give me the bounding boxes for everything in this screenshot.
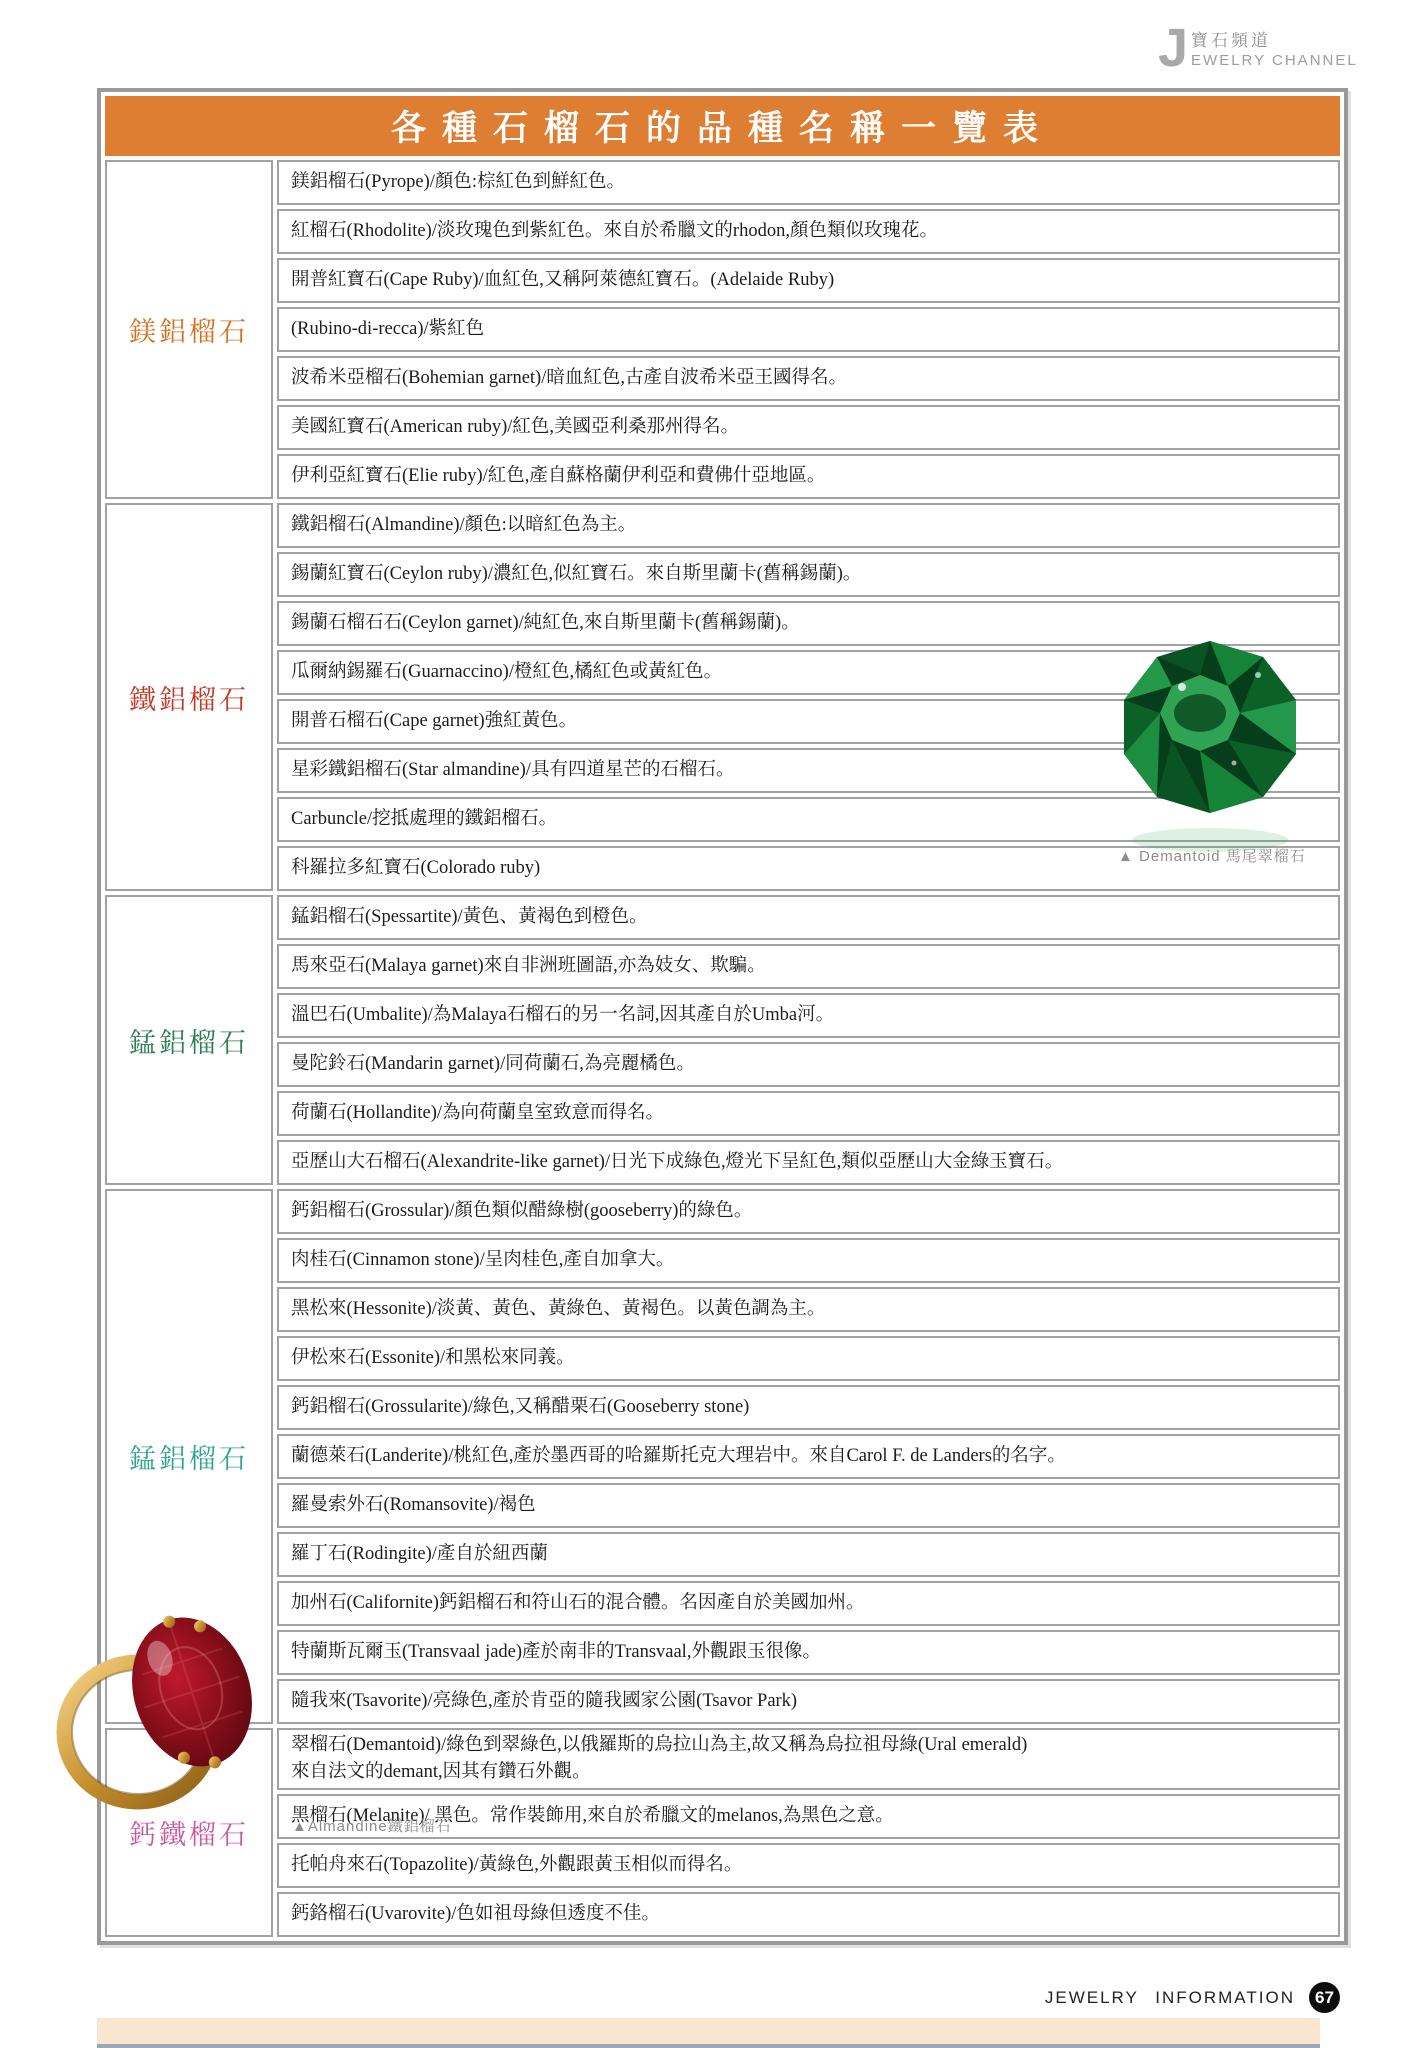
row-text: 錫蘭紅寶石(Ceylon ruby)/濃紅色,似紅寶石。來自斯里蘭卡(舊稱錫蘭)…	[291, 564, 861, 584]
row-cell: 鈣鉻榴石(Uvarovite)/色如祖母綠但透度不佳。	[277, 1892, 1340, 1937]
table-row: 溫巴石(Umbalite)/為Malaya石榴石的另一名詞,因其產自於Umba河…	[105, 993, 1340, 1038]
row-text: 蘭德萊石(Landerite)/桃紅色,產於墨西哥的哈羅斯托克大理岩中。來自Ca…	[291, 1446, 1066, 1466]
logo-english: EWELRY CHANNEL	[1191, 51, 1358, 70]
table-row: 鈣鉻榴石(Uvarovite)/色如祖母綠但透度不佳。	[105, 1892, 1340, 1937]
row-text: 波希米亞榴石(Bohemian garnet)/暗血紅色,古產自波希米亞王國得名…	[291, 368, 847, 388]
page-footer: JEWELRY INFORMATION 67	[0, 1982, 1340, 2013]
row-cell: 鐵鋁榴石(Almandine)/顏色:以暗紅色為主。	[277, 503, 1340, 548]
row-text: 開普紅寶石(Cape Ruby)/血紅色,又稱阿萊德紅寶石。(Adelaide …	[291, 270, 834, 290]
table-row: 隨我來(Tsavorite)/亮綠色,產於肯亞的隨我國家公園(Tsavor Pa…	[105, 1679, 1340, 1724]
row-text: 美國紅寶石(American ruby)/紅色,美國亞利桑那州得名。	[291, 417, 739, 437]
table-row: 蘭德萊石(Landerite)/桃紅色,產於墨西哥的哈羅斯托克大理岩中。來自Ca…	[105, 1434, 1340, 1479]
table-row: 羅曼索外石(Romansovite)/褐色	[105, 1483, 1340, 1528]
row-text: 托帕舟來石(Topazolite)/黃綠色,外觀跟黃玉相似而得名。	[291, 1855, 742, 1875]
logo-initial: J	[1158, 26, 1188, 70]
row-cell: 錫蘭紅寶石(Ceylon ruby)/濃紅色,似紅寶石。來自斯里蘭卡(舊稱錫蘭)…	[277, 552, 1340, 597]
row-text: (Rubino-di-recca)/紫紅色	[291, 319, 484, 339]
row-text: 星彩鐵鋁榴石(Star almandine)/具有四道星芒的石榴石。	[291, 760, 734, 780]
row-text: 特蘭斯瓦爾玉(Transvaal jade)產於南非的Transvaal,外觀跟…	[291, 1642, 821, 1662]
row-cell: 翠榴石(Demantoid)/綠色到翠綠色,以俄羅斯的烏拉山為主,故又稱為烏拉祖…	[277, 1728, 1340, 1790]
row-cell: 錳鋁榴石(Spessartite)/黃色、黃褐色到橙色。	[277, 895, 1340, 940]
row-cell: 黑松來(Hessonite)/淡黃、黃色、黃綠色、黃褐色。以黃色調為主。	[277, 1287, 1340, 1332]
category-label: 鎂鋁榴石	[129, 317, 249, 347]
row-cell: 肉桂石(Cinnamon stone)/呈肉桂色,產自加拿大。	[277, 1238, 1340, 1283]
demantoid-gem-illustration	[1088, 635, 1338, 865]
row-text: 科羅拉多紅寶石(Colorado ruby)	[291, 858, 540, 878]
table-row: 波希米亞榴石(Bohemian garnet)/暗血紅色,古產自波希米亞王國得名…	[105, 356, 1340, 401]
row-cell: 鎂鋁榴石(Pyrope)/顏色:棕紅色到鮮紅色。	[277, 160, 1340, 205]
row-cell: 特蘭斯瓦爾玉(Transvaal jade)產於南非的Transvaal,外觀跟…	[277, 1630, 1340, 1675]
table-title: 各種石榴石的品種名稱一覽表	[391, 109, 1054, 148]
row-text: 馬來亞石(Malaya garnet)來自非洲班圖語,亦為妓女、欺騙。	[291, 956, 766, 976]
table-row: 曼陀鈴石(Mandarin garnet)/同荷蘭石,為亮麗橘色。	[105, 1042, 1340, 1087]
row-text: 鎂鋁榴石(Pyrope)/顏色:棕紅色到鮮紅色。	[291, 172, 625, 192]
row-text: 伊利亞紅寶石(Elie ruby)/紅色,產自蘇格蘭伊利亞和費佛什亞地區。	[291, 466, 825, 486]
row-text: 開普石榴石(Cape garnet)強紅黃色。	[291, 711, 577, 731]
category-label: 錳鋁榴石	[129, 1444, 249, 1474]
bottom-peach-bar	[97, 2018, 1320, 2044]
row-cell: 馬來亞石(Malaya garnet)來自非洲班圖語,亦為妓女、欺騙。	[277, 944, 1340, 989]
row-text: 鈣鋁榴石(Grossularite)/綠色,又稱醋栗石(Gooseberry s…	[291, 1397, 749, 1417]
row-cell: 曼陀鈴石(Mandarin garnet)/同荷蘭石,為亮麗橘色。	[277, 1042, 1340, 1087]
table-row: 加州石(Californite)鈣鋁榴石和符山石的混合體。名因產自於美國加州。	[105, 1581, 1340, 1626]
table-row: (Rubino-di-recca)/紫紅色	[105, 307, 1340, 352]
row-text: 黑松來(Hessonite)/淡黃、黃色、黃綠色、黃褐色。以黃色調為主。	[291, 1299, 825, 1319]
row-cell: 鈣鋁榴石(Grossularite)/綠色,又稱醋栗石(Gooseberry s…	[277, 1385, 1340, 1430]
row-cell: 加州石(Californite)鈣鋁榴石和符山石的混合體。名因產自於美國加州。	[277, 1581, 1340, 1626]
row-cell: 隨我來(Tsavorite)/亮綠色,產於肯亞的隨我國家公園(Tsavor Pa…	[277, 1679, 1340, 1724]
row-cell: 托帕舟來石(Topazolite)/黃綠色,外觀跟黃玉相似而得名。	[277, 1843, 1340, 1888]
row-cell: 蘭德萊石(Landerite)/桃紅色,產於墨西哥的哈羅斯托克大理岩中。來自Ca…	[277, 1434, 1340, 1479]
row-text: 荷蘭石(Hollandite)/為向荷蘭皇室致意而得名。	[291, 1103, 664, 1123]
row-cell: 鈣鋁榴石(Grossular)/顏色類似醋綠樹(gooseberry)的綠色。	[277, 1189, 1340, 1234]
row-text: 加州石(Californite)鈣鋁榴石和符山石的混合體。名因產自於美國加州。	[291, 1593, 864, 1613]
demantoid-gem-photo	[1088, 635, 1338, 865]
row-text: 隨我來(Tsavorite)/亮綠色,產於肯亞的隨我國家公園(Tsavor Pa…	[291, 1691, 797, 1711]
row-text: 伊松來石(Essonite)/和黑松來同義。	[291, 1348, 575, 1368]
row-text: 鈣鋁榴石(Grossular)/顏色類似醋綠樹(gooseberry)的綠色。	[291, 1201, 752, 1221]
category-label: 錳鋁榴石	[129, 1028, 249, 1058]
row-text: Carbuncle/挖抵處理的鐵鋁榴石。	[291, 809, 557, 829]
table-row: 伊利亞紅寶石(Elie ruby)/紅色,產自蘇格蘭伊利亞和費佛什亞地區。	[105, 454, 1340, 499]
row-cell: 波希米亞榴石(Bohemian garnet)/暗血紅色,古產自波希米亞王國得名…	[277, 356, 1340, 401]
footer-label: JEWELRY INFORMATION	[1045, 1988, 1295, 2008]
row-text: 錳鋁榴石(Spessartite)/黃色、黃褐色到橙色。	[291, 907, 648, 927]
table-row: 鈣鐵榴石 翠榴石(Demantoid)/綠色到翠綠色,以俄羅斯的烏拉山為主,故又…	[105, 1728, 1340, 1790]
bottom-page-edge	[97, 2044, 1320, 2048]
row-text: 瓜爾納錫羅石(Guarnaccino)/橙紅色,橘紅色或黃紅色。	[291, 662, 722, 682]
row-text: 肉桂石(Cinnamon stone)/呈肉桂色,產自加拿大。	[291, 1250, 674, 1270]
row-cell: 開普紅寶石(Cape Ruby)/血紅色,又稱阿萊德紅寶石。(Adelaide …	[277, 258, 1340, 303]
row-cell: 亞歷山大石榴石(Alexandrite-like garnet)/日光下成綠色,…	[277, 1140, 1340, 1185]
row-cell: 美國紅寶石(American ruby)/紅色,美國亞利桑那州得名。	[277, 405, 1340, 450]
table-row: 美國紅寶石(American ruby)/紅色,美國亞利桑那州得名。	[105, 405, 1340, 450]
table-row: 鈣鋁榴石(Grossularite)/綠色,又稱醋栗石(Gooseberry s…	[105, 1385, 1340, 1430]
row-text: 翠榴石(Demantoid)/綠色到翠綠色,以俄羅斯的烏拉山為主,故又稱為烏拉祖…	[291, 1735, 1027, 1782]
almandine-caption: ▲Almandine鐵鋁榴石	[292, 1815, 452, 1836]
garnet-variety-table: 各種石榴石的品種名稱一覽表 鎂鋁榴石 鎂鋁榴石(Pyrope)/顏色:棕紅色到鮮…	[97, 88, 1348, 1945]
row-text: 錫蘭石榴石石(Ceylon garnet)/純紅色,來自斯里蘭卡(舊稱錫蘭)。	[291, 613, 800, 633]
row-cell: 羅丁石(Rodingite)/產自於紐西蘭	[277, 1532, 1340, 1577]
jewelry-channel-logo: J 寶石頻道 EWELRY CHANNEL	[1158, 26, 1358, 70]
table-row: 鐵鋁榴石 鐵鋁榴石(Almandine)/顏色:以暗紅色為主。	[105, 503, 1340, 548]
almandine-ring-illustration	[50, 1580, 275, 1830]
row-text: 溫巴石(Umbalite)/為Malaya石榴石的另一名詞,因其產自於Umba河…	[291, 1005, 834, 1025]
row-cell: 紅榴石(Rhodolite)/淡玫瑰色到紫紅色。來自於希臘文的rhodon,顏色…	[277, 209, 1340, 254]
table-row: 羅丁石(Rodingite)/產自於紐西蘭	[105, 1532, 1340, 1577]
row-cell: 荷蘭石(Hollandite)/為向荷蘭皇室致意而得名。	[277, 1091, 1340, 1136]
row-cell: (Rubino-di-recca)/紫紅色	[277, 307, 1340, 352]
row-text: 亞歷山大石榴石(Alexandrite-like garnet)/日光下成綠色,…	[291, 1152, 1063, 1172]
table-row: 紅榴石(Rhodolite)/淡玫瑰色到紫紅色。來自於希臘文的rhodon,顏色…	[105, 209, 1340, 254]
page-number-badge: 67	[1309, 1982, 1340, 2013]
table-row: 錫蘭紅寶石(Ceylon ruby)/濃紅色,似紅寶石。來自斯里蘭卡(舊稱錫蘭)…	[105, 552, 1340, 597]
category-label: 鐵鋁榴石	[129, 685, 249, 715]
table-row: 黑松來(Hessonite)/淡黃、黃色、黃綠色、黃褐色。以黃色調為主。	[105, 1287, 1340, 1332]
row-text: 紅榴石(Rhodolite)/淡玫瑰色到紫紅色。來自於希臘文的rhodon,顏色…	[291, 221, 938, 241]
table-row: 黑榴石(Melanite)/ 黑色。常作裝飾用,來自於希臘文的melanos,為…	[105, 1794, 1340, 1839]
category-cell-almandine: 鐵鋁榴石	[105, 503, 273, 891]
row-cell: 溫巴石(Umbalite)/為Malaya石榴石的另一名詞,因其產自於Umba河…	[277, 993, 1340, 1038]
category-cell-pyrope: 鎂鋁榴石	[105, 160, 273, 499]
row-cell: 伊松來石(Essonite)/和黑松來同義。	[277, 1336, 1340, 1381]
table-row: 荷蘭石(Hollandite)/為向荷蘭皇室致意而得名。	[105, 1091, 1340, 1136]
row-text: 鈣鉻榴石(Uvarovite)/色如祖母綠但透度不佳。	[291, 1904, 660, 1924]
row-cell: 伊利亞紅寶石(Elie ruby)/紅色,產自蘇格蘭伊利亞和費佛什亞地區。	[277, 454, 1340, 499]
table-row: 馬來亞石(Malaya garnet)來自非洲班圖語,亦為妓女、欺騙。	[105, 944, 1340, 989]
table-header: 各種石榴石的品種名稱一覽表	[105, 96, 1340, 156]
table-row: 錳鋁榴石 錳鋁榴石(Spessartite)/黃色、黃褐色到橙色。	[105, 895, 1340, 940]
table-row: 托帕舟來石(Topazolite)/黃綠色,外觀跟黃玉相似而得名。	[105, 1843, 1340, 1888]
row-text: 曼陀鈴石(Mandarin garnet)/同荷蘭石,為亮麗橘色。	[291, 1054, 695, 1074]
table-row: 特蘭斯瓦爾玉(Transvaal jade)產於南非的Transvaal,外觀跟…	[105, 1630, 1340, 1675]
almandine-ring-photo	[50, 1580, 275, 1830]
category-cell-spessartite: 錳鋁榴石	[105, 895, 273, 1185]
magazine-page: J 寶石頻道 EWELRY CHANNEL 各種石榴石的品種名稱一覽表 鎂鋁榴石…	[0, 0, 1401, 2048]
logo-text: 寶石頻道 EWELRY CHANNEL	[1191, 31, 1358, 70]
table: 各種石榴石的品種名稱一覽表 鎂鋁榴石 鎂鋁榴石(Pyrope)/顏色:棕紅色到鮮…	[101, 92, 1344, 1941]
row-cell: 羅曼索外石(Romansovite)/褐色	[277, 1483, 1340, 1528]
row-text: 羅曼索外石(Romansovite)/褐色	[291, 1495, 536, 1515]
logo-chinese: 寶石頻道	[1191, 31, 1358, 51]
table-row: 鎂鋁榴石 鎂鋁榴石(Pyrope)/顏色:棕紅色到鮮紅色。	[105, 160, 1340, 205]
table-row: 伊松來石(Essonite)/和黑松來同義。	[105, 1336, 1340, 1381]
demantoid-caption: ▲ Demantoid 馬尾翠榴石	[1118, 845, 1306, 866]
table-row: 亞歷山大石榴石(Alexandrite-like garnet)/日光下成綠色,…	[105, 1140, 1340, 1185]
table-row: 錳鋁榴石 鈣鋁榴石(Grossular)/顏色類似醋綠樹(gooseberry)…	[105, 1189, 1340, 1234]
table-row: 開普紅寶石(Cape Ruby)/血紅色,又稱阿萊德紅寶石。(Adelaide …	[105, 258, 1340, 303]
row-text: 羅丁石(Rodingite)/產自於紐西蘭	[291, 1544, 548, 1564]
header-row: 各種石榴石的品種名稱一覽表	[105, 96, 1340, 156]
row-text: 鐵鋁榴石(Almandine)/顏色:以暗紅色為主。	[291, 515, 636, 535]
table-row: 肉桂石(Cinnamon stone)/呈肉桂色,產自加拿大。	[105, 1238, 1340, 1283]
